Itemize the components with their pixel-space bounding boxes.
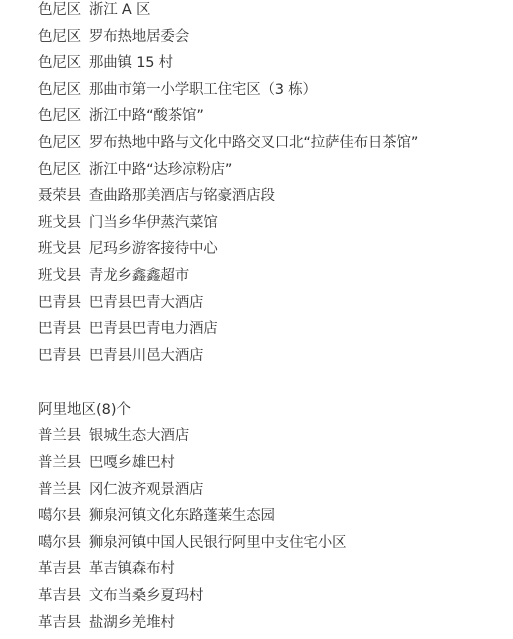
list-item: 班戈县门当乡华伊蒸汽菜馆 [38,210,508,237]
list-item: 革吉县革吉镇森布村 [38,556,508,583]
section-spacer [38,369,508,397]
list-item: 噶尔县狮泉河镇中国人民银行阿里中支住宅小区 [38,530,508,557]
list-item: 色尼区浙江 A 区 [38,0,508,24]
district-name: 噶尔县 [38,503,81,530]
location-name: 巴嘎乡雄巴村 [89,455,175,471]
list-item: 色尼区浙江中路“达珍凉粉店” [38,157,508,184]
district-name: 色尼区 [38,103,81,130]
location-name: 罗布热地居委会 [89,29,189,45]
district-name: 色尼区 [38,50,81,77]
list-item: 普兰县巴嘎乡雄巴村 [38,450,508,477]
district-name: 班戈县 [38,263,81,290]
list-item: 革吉县盐湖乡羌堆村 [38,610,508,637]
location-name: 文布当桑乡夏玛村 [89,588,203,604]
district-name: 色尼区 [38,77,81,104]
location-name: 巴青县巴青大酒店 [89,295,203,311]
district-name: 巴青县 [38,343,81,370]
district-name: 革吉县 [38,610,81,637]
district-name: 巴青县 [38,316,81,343]
location-name: 盐湖乡羌堆村 [89,615,175,631]
location-name: 尼玛乡游客接待中心 [89,241,218,257]
district-name: 巴青县 [38,290,81,317]
location-name: 冈仁波齐观景酒店 [89,482,203,498]
location-name: 青龙乡鑫鑫超市 [89,268,189,284]
list-item: 普兰县冈仁波齐观景酒店 [38,477,508,504]
list-item: 普兰县银城生态大酒店 [38,423,508,450]
district-name: 色尼区 [38,157,81,184]
district-name: 普兰县 [38,450,81,477]
district-name: 噶尔县 [38,530,81,557]
list-item: 色尼区罗布热地中路与文化中路交叉口北“拉萨佳布日茶馆” [38,130,508,157]
nagqu-location-list: 色尼区浙江 A 区 色尼区罗布热地居委会 色尼区那曲镇 15 村 色尼区那曲市第… [38,0,508,369]
ngari-section: 阿里地区(8)个 普兰县银城生态大酒店 普兰县巴嘎乡雄巴村 普兰县冈仁波齐观景酒… [38,397,508,636]
location-name: 巴青县川邑大酒店 [89,348,203,364]
location-name: 那曲市第一小学职工住宅区（3 栋） [89,82,317,98]
location-name: 狮泉河镇中国人民银行阿里中支住宅小区 [89,535,346,551]
district-name: 色尼区 [38,0,81,24]
location-name: 查曲路那美酒店与铭豪酒店段 [89,188,275,204]
location-name: 革吉镇森布村 [89,561,175,577]
district-name: 班戈县 [38,210,81,237]
location-name: 门当乡华伊蒸汽菜馆 [89,215,218,231]
location-name: 罗布热地中路与文化中路交叉口北“拉萨佳布日茶馆” [89,135,418,151]
list-item: 噶尔县狮泉河镇文化东路蓬莱生态园 [38,503,508,530]
location-name: 狮泉河镇文化东路蓬莱生态园 [89,508,275,524]
list-item: 色尼区浙江中路“酸茶馆” [38,103,508,130]
district-name: 色尼区 [38,24,81,51]
list-item: 巴青县巴青县巴青电力酒店 [38,316,508,343]
list-item: 色尼区那曲镇 15 村 [38,50,508,77]
list-item: 聂荣县查曲路那美酒店与铭豪酒店段 [38,183,508,210]
section-heading: 阿里地区(8)个 [38,397,508,424]
district-name: 革吉县 [38,556,81,583]
list-item: 班戈县青龙乡鑫鑫超市 [38,263,508,290]
list-item: 色尼区罗布热地居委会 [38,24,508,51]
district-name: 色尼区 [38,130,81,157]
district-name: 班戈县 [38,236,81,263]
list-item: 巴青县巴青县巴青大酒店 [38,290,508,317]
district-name: 聂荣县 [38,183,81,210]
district-name: 普兰县 [38,477,81,504]
list-item: 革吉县文布当桑乡夏玛村 [38,583,508,610]
location-name: 银城生态大酒店 [89,428,189,444]
location-name: 浙江中路“达珍凉粉店” [89,162,232,178]
location-name: 巴青县巴青电力酒店 [89,321,218,337]
district-name: 普兰县 [38,423,81,450]
location-name: 浙江 A 区 [89,2,150,18]
location-name: 浙江中路“酸茶馆” [89,108,204,124]
document-body: 色尼区浙江 A 区 色尼区罗布热地居委会 色尼区那曲镇 15 村 色尼区那曲市第… [38,0,508,636]
list-item: 班戈县尼玛乡游客接待中心 [38,236,508,263]
list-item: 巴青县巴青县川邑大酒店 [38,343,508,370]
list-item: 色尼区那曲市第一小学职工住宅区（3 栋） [38,77,508,104]
location-name: 那曲镇 15 村 [89,55,173,71]
district-name: 革吉县 [38,583,81,610]
